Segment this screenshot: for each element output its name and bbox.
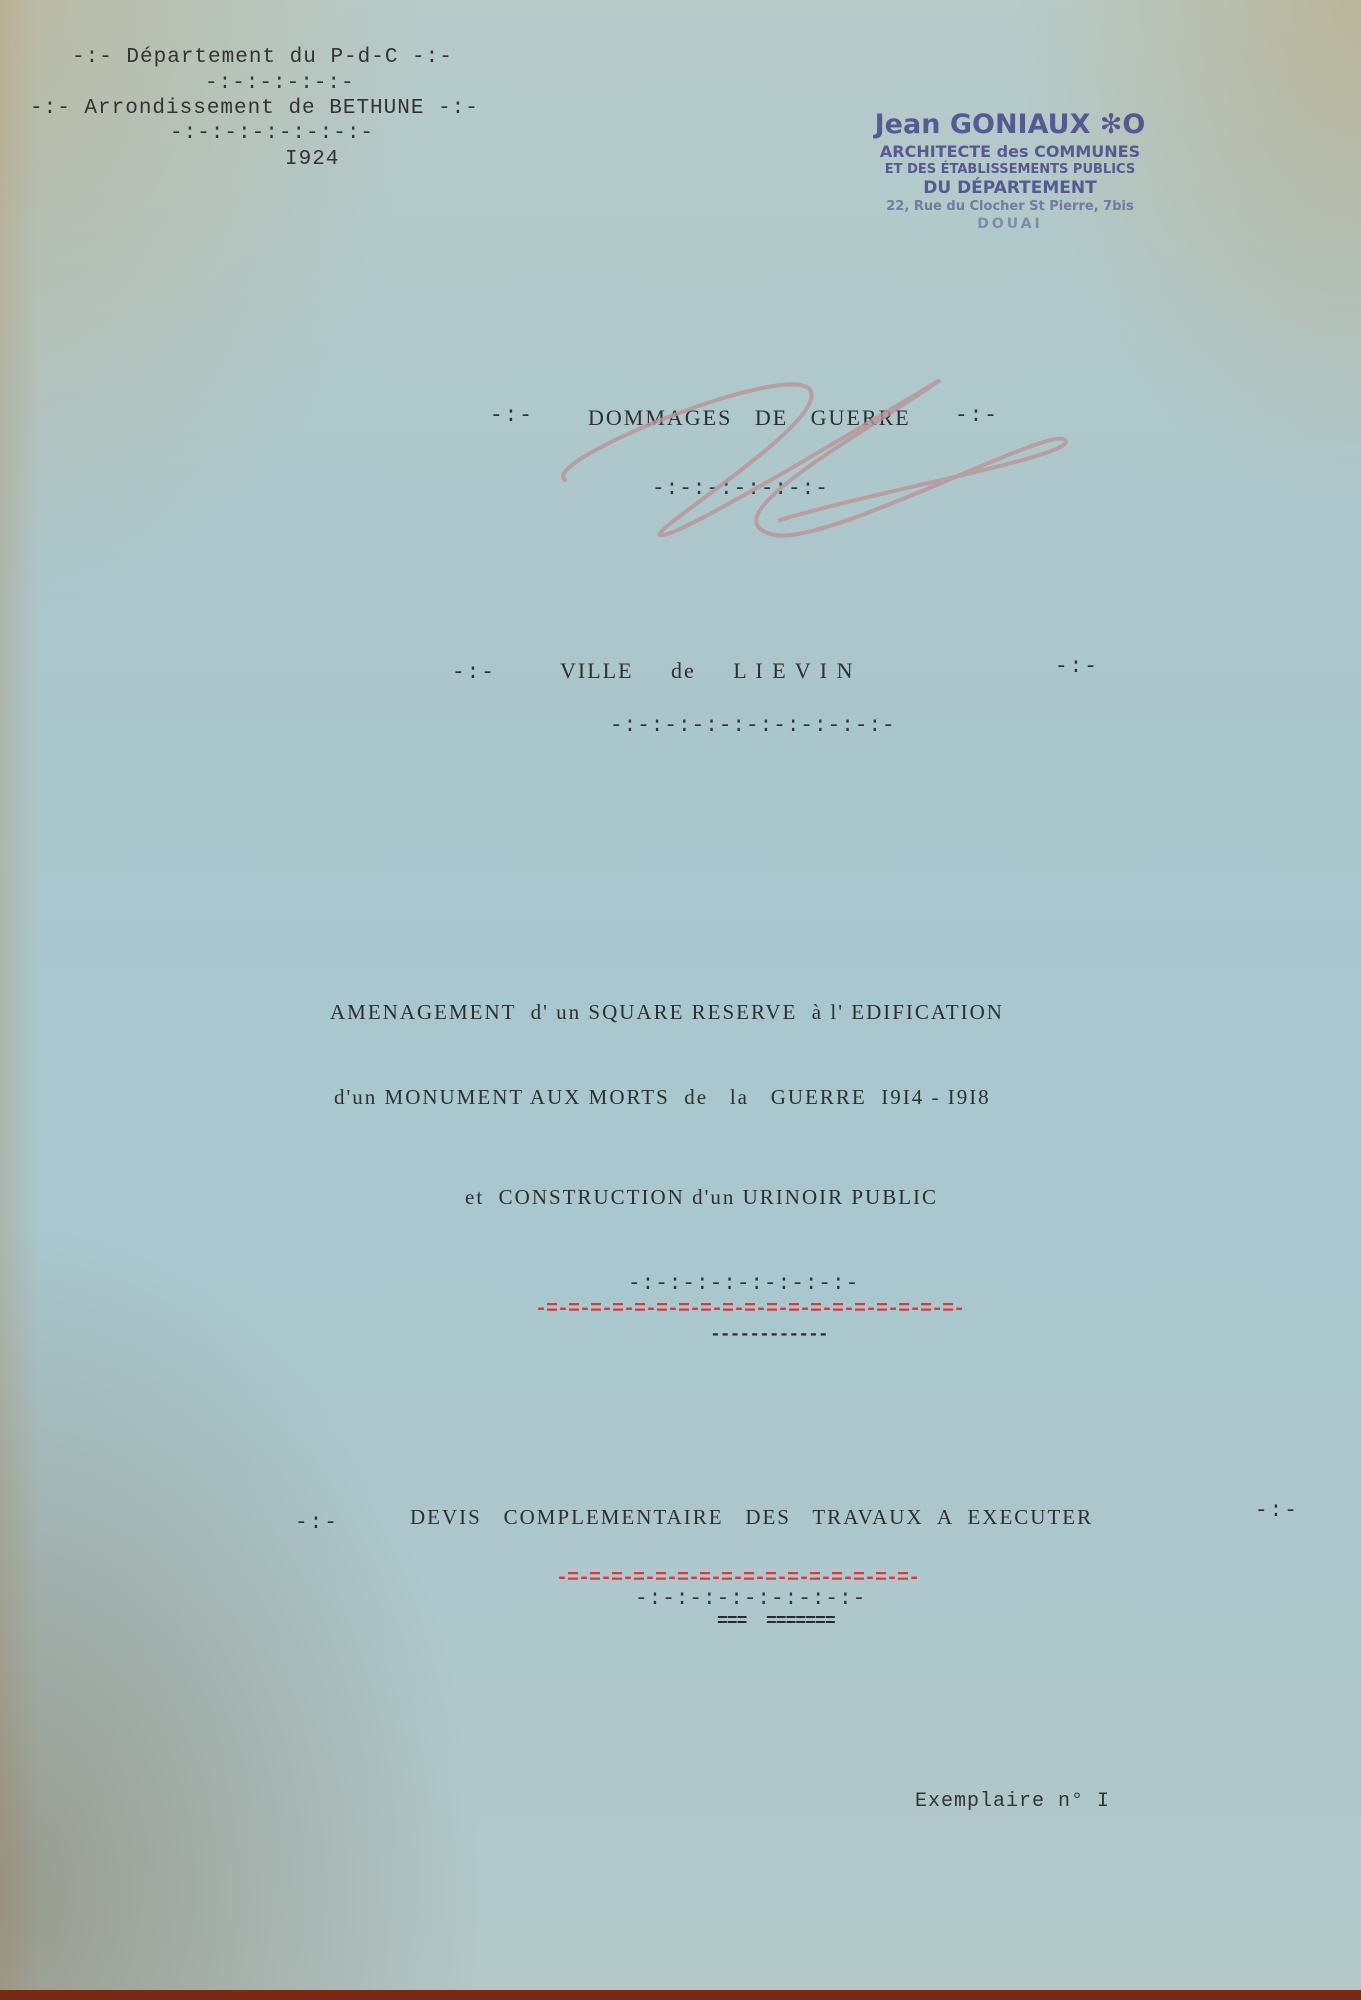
right-mark: -:-: [1255, 1500, 1299, 1523]
stamp-name: Jean GONIAUX ✻O: [840, 108, 1180, 142]
department-line: -:- Département du P-d-C -:-: [72, 46, 453, 69]
table-surface: [0, 1990, 1361, 2000]
double-rule: === =======: [717, 1612, 835, 1632]
section-separator: -:-:-:-:-:-:-:-:-:-:-: [610, 715, 896, 738]
red-separator: -=-=-=-=-=-=-=-=-=-=-=-=-=-=-=-=-: [556, 1567, 919, 1590]
stamp-department: DU DÉPARTEMENT: [840, 178, 1180, 199]
stamp-establishments: ET DES ÉTABLISSEMENTS PUBLICS: [840, 162, 1180, 178]
left-mark: -:-: [295, 1512, 339, 1535]
copy-number: Exemplaire n° I: [915, 1790, 1110, 1813]
year: I924: [285, 148, 339, 171]
rule-line: ------------: [710, 1325, 828, 1345]
right-mark: -:-: [1055, 656, 1099, 679]
header-separator: -:-:-:-:-:-:-:-: [170, 122, 374, 145]
pencil-scribble: [540, 370, 1100, 550]
left-mark: -:-: [452, 662, 496, 685]
devis-title: DEVIS COMPLEMENTAIRE DES TRAVAUX A EXECU…: [410, 1505, 1093, 1530]
left-mark: -:-: [490, 405, 534, 428]
project-line-2: d'un MONUMENT AUX MORTS de la GUERRE I9I…: [334, 1085, 991, 1110]
section-separator: -:-:-:-:-:-:-:-:-: [635, 1588, 866, 1611]
stamp-address: 22, Rue du Clocher St Pierre, 7bis: [840, 199, 1180, 215]
architect-stamp: Jean GONIAUX ✻O ARCHITECTE des COMMUNES …: [840, 108, 1180, 233]
section-separator: -:-:-:-:-:-:-:-:-: [628, 1273, 859, 1296]
header-separator: -:-:-:-:-:-: [205, 72, 355, 95]
stamp-city: DOUAI: [840, 216, 1180, 234]
town-title: VILLE de L I E V I N: [560, 658, 855, 684]
arrondissement-line: -:- Arrondissement de BETHUNE -:-: [30, 97, 479, 120]
red-separator: -=-=-=-=-=-=-=-=-=-=-=-=-=-=-=-=-=-=-=-: [535, 1298, 964, 1321]
project-line-1: AMENAGEMENT d' un SQUARE RESERVE à l' ED…: [330, 1000, 1004, 1025]
project-line-3: et CONSTRUCTION d'un URINOIR PUBLIC: [465, 1185, 938, 1210]
stamp-title: ARCHITECTE des COMMUNES: [840, 142, 1180, 162]
document-page: [0, 0, 1361, 1990]
